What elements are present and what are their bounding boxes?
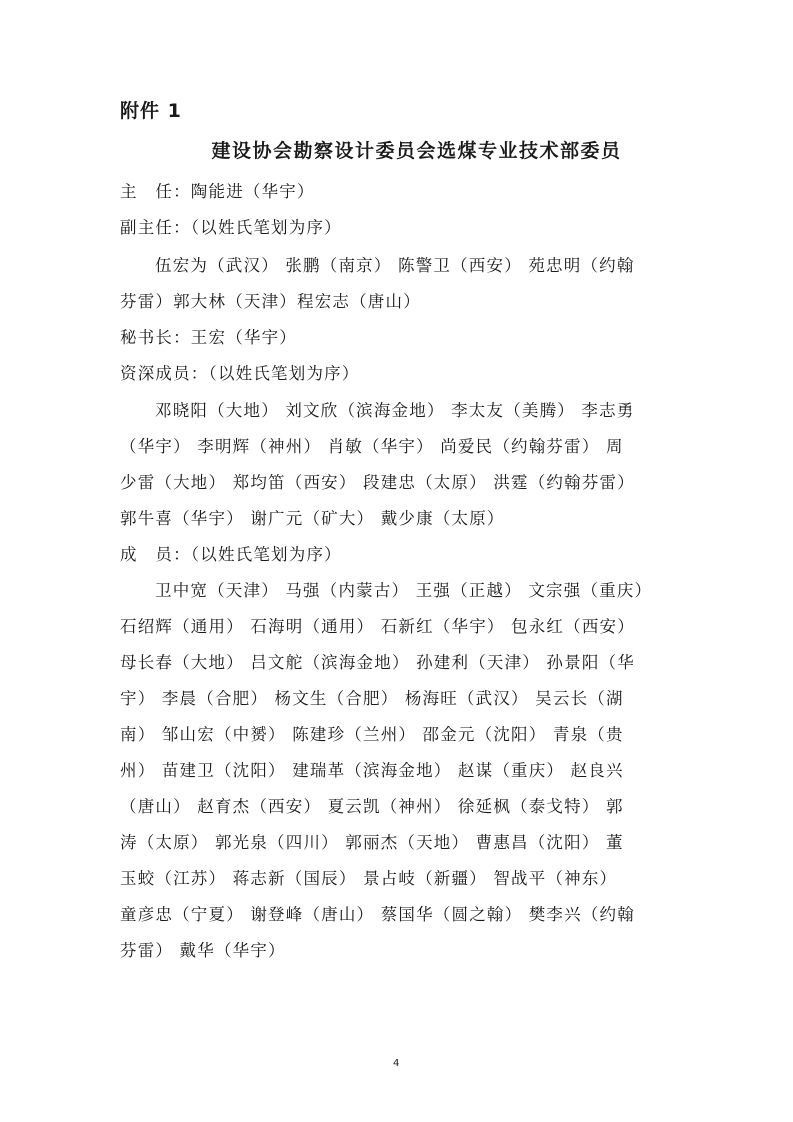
senior-members-line: 少雷（大地） 郑均笛（西安） 段建忠（太原） 洪霆（约翰芬雷） [120,469,635,493]
members-line: 母长春（大地） 吕文舵（滨海金地） 孙建利（天津） 孙景阳（华 [120,649,635,673]
members-line: 卫中宽（天津） 马强（内蒙古） 王强（正越） 文宗强（重庆） [155,577,652,601]
director-line: 主 任：陶能进（华宇） [120,178,315,202]
members-line: 南） 邹山宏（中赟） 陈建珍（兰州） 邵金元（沈阳） 青泉（贵 [120,721,624,745]
members-line: 石绍辉（通用） 石海明（通用） 石新红（华宇） 包永红（西安） [120,613,635,637]
members-line: 芬雷） 戴华（华宇） [120,937,286,961]
members-line: 童彦忠（宁夏） 谢登峰（唐山） 蔡国华（圆之翰） 樊李兴（约翰 [120,901,635,925]
attachment-label: 附件 1 [120,96,182,123]
page-number: 4 [393,1058,399,1069]
secretary-general-line: 秘书长：王宏（华宇） [120,324,297,348]
senior-members-heading: 资深成员：（以姓氏笔划为序） [120,360,360,384]
senior-members-line: 郭牛喜（华宇） 谢广元（矿大） 戴少康（太原） [120,505,505,529]
document-page: 附件 1 建设协会勘察设计委员会选煤专业技术部委员 主 任：陶能进（华宇） 副主… [0,0,793,1122]
members-line: 玉蛟（江苏） 蒋志新（国辰） 景占岐（新疆） 智战平（神东） [120,865,617,889]
deputy-directors-heading: 副主任：（以姓氏笔划为序） [120,214,342,238]
senior-members-line: 邓晓阳（大地） 刘文欣（滨海金地） 李太友（美腾） 李志勇 [155,397,635,421]
members-line: 涛（太原） 郭光泉（四川） 郭丽杰（天地） 曹惠昌（沈阳） 董 [120,829,624,853]
members-heading: 成 员：（以姓氏笔划为序） [120,541,342,565]
members-line: （唐山） 赵育杰（西安） 夏云凯（神州） 徐延枫（泰戈特） 郭 [120,793,624,817]
members-line: 州） 苗建卫（沈阳） 建瑞革（滨海金地） 赵谋（重庆） 赵良兴 [120,757,624,781]
deputy-directors-line: 伍宏为（武汉） 张鹏（南京） 陈警卫（西安） 苑忠明（约翰 [155,252,635,276]
members-line: 宇） 李晨（合肥） 杨文生（合肥） 杨海旺（武汉） 吴云长（湖 [120,685,624,709]
senior-members-line: （华宇） 李明辉（神州） 肖敏（华宇） 尚爱民（约翰芬雷） 周 [120,433,624,457]
deputy-directors-line: 芬雷）郭大林（天津）程宏志（唐山） [120,288,421,312]
document-title: 建设协会勘察设计委员会选煤专业技术部委员 [0,136,793,163]
